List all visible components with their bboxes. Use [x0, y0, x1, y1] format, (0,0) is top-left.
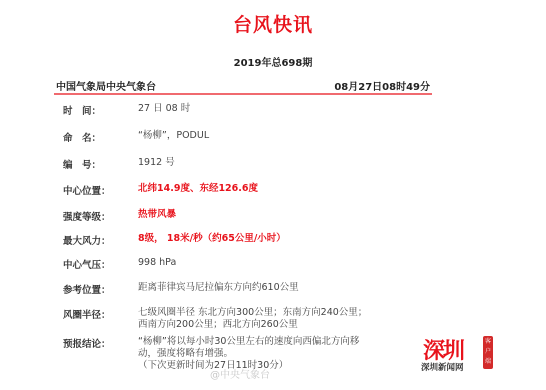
sznews-logo: 深圳 深圳新闻网 客户端 [421, 334, 501, 384]
field-label: 命 名： [63, 130, 133, 144]
field-value: 8级， 18米/秒（约65公里/小时） [138, 233, 388, 245]
field-value: “杨柳”，PODUL [138, 130, 388, 142]
field-value: 七级风圈半径 东北方向300公里；东南方向240公里；西南方向200公里；西北方… [138, 307, 376, 331]
field-label: 风圈半径： [63, 307, 133, 321]
document-title: 台风快讯 [0, 10, 546, 37]
field-value: 998 hPa [138, 257, 388, 269]
field-label: 预报结论： [63, 336, 133, 350]
field-value: 热带风暴 [138, 209, 388, 221]
field-label: 参考位置： [63, 282, 133, 296]
field-value: 1912 号 [138, 157, 388, 169]
field-label: 中心位置： [63, 183, 133, 197]
field-value: 北纬14.9度、东经126.6度 [138, 183, 388, 195]
field-label: 最大风力： [63, 233, 133, 247]
field-label: 中心气压： [63, 257, 133, 271]
field-label: 编 号： [63, 157, 133, 171]
field-label: 强度等级： [63, 209, 133, 223]
issue-number: 2019年总698期 [0, 54, 546, 69]
field-value: 27 日 08 时 [138, 103, 388, 115]
organization: 中国气象局中央气象台 [56, 78, 156, 93]
weibo-watermark: @中央气象台 [210, 366, 270, 381]
field-value: 距离菲律宾马尼拉偏东方向约610公里 [138, 282, 388, 294]
issued-time: 08月27日08时49分 [334, 78, 430, 93]
logo-badge: 客户端 [483, 336, 493, 369]
header-row: 中国气象局中央气象台 08月27日08时49分 [54, 75, 432, 95]
forecast-text: “杨柳”将以每小时30公里左右的速度向西偏北方向移动，强度将略有增强。 [138, 336, 359, 359]
field-label: 时 间： [63, 103, 133, 117]
logo-subtitle: 深圳新闻网 [421, 361, 464, 373]
